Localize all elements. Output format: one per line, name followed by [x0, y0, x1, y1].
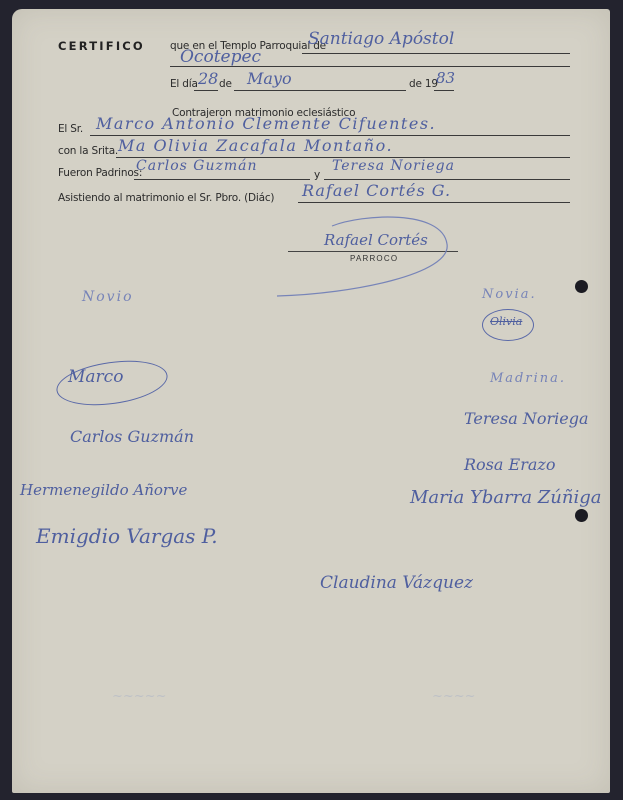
certificate-heading: CERTIFICO: [58, 39, 145, 53]
godparent-1: Carlos Guzmán: [136, 158, 258, 174]
de-label: de: [219, 78, 232, 90]
certificate-paper: CERTIFICO que en el Templo Parroquial de…: [12, 9, 610, 793]
day-label: El día: [170, 78, 198, 90]
novio-signature: Marco: [68, 367, 123, 387]
godparents-label: Fueron Padrinos:: [58, 167, 142, 179]
signature-right-2: Rosa Erazo: [464, 455, 555, 474]
signature-right-1: Teresa Noriega: [464, 409, 589, 428]
signature-left-2: Hermenegildo Añorve: [20, 481, 187, 499]
bride-label: con la Srita.: [58, 145, 118, 157]
punch-hole-bottom: [575, 509, 588, 522]
godparent-2: Teresa Noriega: [332, 158, 455, 174]
punch-hole-top: [575, 280, 588, 293]
year-line: [434, 90, 454, 91]
faint-mark-right: ~~~~: [432, 689, 476, 704]
groom-label: El Sr.: [58, 123, 83, 135]
day-value: 28: [198, 69, 218, 88]
location-line: [170, 66, 570, 67]
signature-left-1: Carlos Guzmán: [70, 427, 194, 446]
year-label: de 19: [409, 78, 438, 90]
priest-name: Rafael Cortés G.: [302, 181, 451, 200]
signature-right-3: Maria Ybarra Zúñiga: [410, 487, 601, 508]
priest-line: [298, 202, 570, 203]
bride-name: Ma Olivia Zacafala Montaño.: [118, 136, 393, 155]
priest-label: Asistiendo al matrimonio el Sr. Pbro. (D…: [58, 192, 274, 204]
novio-label: Novio: [82, 289, 134, 305]
godparent-2-line: [324, 179, 570, 180]
faint-mark-left: ~~~~~: [112, 689, 166, 704]
signature-left-3: Emigdio Vargas P.: [36, 524, 218, 548]
month-line: [234, 90, 406, 91]
temple-location: Ocotepec: [180, 47, 261, 67]
novia-label: Novia.: [482, 287, 537, 302]
year-suffix: 83: [436, 69, 455, 87]
day-line: [194, 90, 218, 91]
temple-line: [302, 53, 570, 54]
novia-signature: Olivia: [490, 315, 522, 328]
madrina-label: Madrina.: [490, 371, 566, 386]
parroco-flourish: [272, 214, 472, 304]
godparent-1-line: [134, 179, 310, 180]
temple-name: Santiago Apóstol: [308, 29, 454, 49]
signature-bottom: Claudina Vázquez: [320, 573, 473, 593]
groom-name: Marco Antonio Clemente Cifuentes.: [96, 114, 436, 133]
month-value: Mayo: [247, 69, 292, 88]
godparents-y: y: [314, 169, 320, 181]
